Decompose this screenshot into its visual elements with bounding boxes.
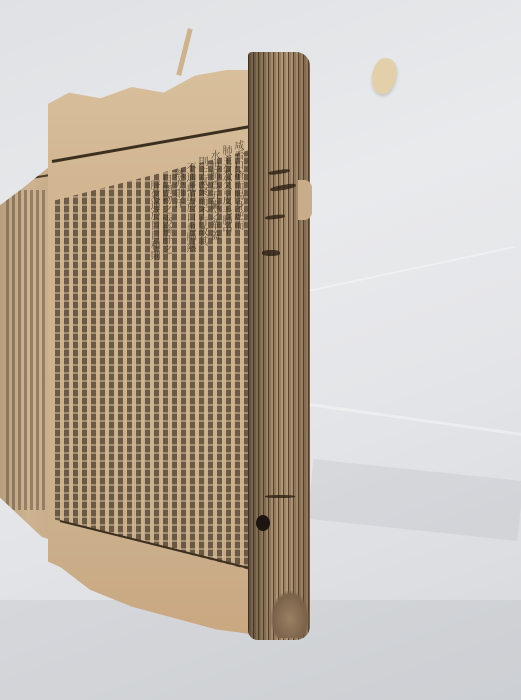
binding-hole xyxy=(256,515,270,531)
paper-scrap xyxy=(367,55,401,97)
binding-thread-knot xyxy=(270,590,310,638)
page-tab xyxy=(298,180,312,220)
text-column: 則主氣聚而不行故其 xyxy=(196,156,206,246)
text-column: 肺主氣外合皮毛肺中 xyxy=(220,145,230,235)
wormhole-mark xyxy=(262,250,280,256)
paper-fold-shadow xyxy=(307,459,521,541)
text-column: 不通此出於口也肺熱 xyxy=(184,162,194,252)
torn-paper-strip xyxy=(176,28,192,76)
text-column: 水也肺爲五臟之華蓋 xyxy=(208,150,218,240)
photo-scene: 咸看口瘡而喝身逆而 肺主氣外合皮毛肺中 水也肺爲五臟之華蓋 則主氣聚而不行故其 … xyxy=(0,0,521,700)
text-column: 目開物之兩輪肝之 xyxy=(160,174,170,254)
text-column: 肝氣通於目目和則 xyxy=(148,180,158,260)
paper-crease xyxy=(301,402,521,441)
text-column: 咸看口瘡而喝身逆而 xyxy=(232,140,242,230)
book-fore-edge-shading xyxy=(248,52,310,640)
wormhole-mark xyxy=(265,495,295,498)
text-column: 熱亦則汗 xyxy=(172,168,182,208)
